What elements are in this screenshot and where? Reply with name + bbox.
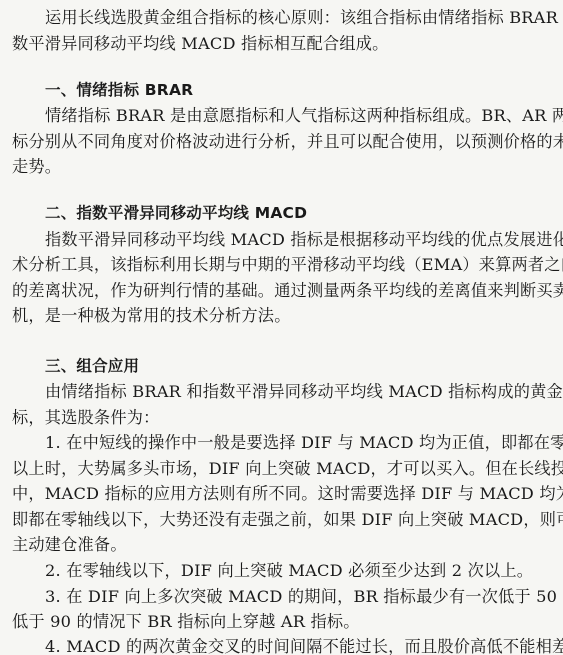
condition-2-line-1: 2. 在零轴线以下，DIF 向上突破 MACD 必须至少达到 2 次以上。: [45, 558, 533, 584]
condition-3-line-2: 低于 90 的情况下 BR 指标向上穿越 AR 指标。: [12, 609, 360, 635]
macd-paragraph-line-2: 术分析工具，该指标利用长期与中期的平滑移动平均线（EMA）来算两者之间: [12, 252, 553, 278]
intro-line-1: 运用长线选股黄金组合指标的核心原则：该组合指标由情绪指标 BRAR 和指: [45, 5, 553, 31]
brar-paragraph-line-3: 走势。: [12, 154, 61, 180]
combined-intro-line-2: 标，其选股条件为：: [12, 405, 160, 431]
condition-1-line-1: 1. 在中短线的操作中一般是要选择 DIF 与 MACD 均为正值，即都在零轴线: [45, 430, 553, 456]
macd-paragraph-line-1: 指数平滑异同移动平均线 MACD 指标是根据移动平均线的优点发展进化的技: [45, 227, 553, 253]
macd-paragraph-line-4: 机，是一种极为常用的技术分析方法。: [12, 303, 291, 329]
brar-paragraph-line-1: 情绪指标 BRAR 是由意愿指标和人气指标这两种指标组成。BR、AR 两项指: [45, 103, 553, 129]
combined-intro-line-1: 由情绪指标 BRAR 和指数平滑异同移动平均线 MACD 指标构成的黄金组合指: [45, 379, 553, 405]
condition-4-line-1: 4. MACD 的两次黄金交叉的时间间隔不能过长，而且股价高低不能相差过: [45, 634, 553, 655]
macd-paragraph-line-3: 的差离状况，作为研判行情的基础。通过测量两条平均线的差离值来判断买卖时: [12, 278, 553, 304]
condition-1-line-3: 中，MACD 指标的应用方法则有所不同。这时需要选择 DIF 与 MACD 均为…: [12, 481, 553, 507]
brar-paragraph-line-2: 标分别从不同角度对价格波动进行分析，并且可以配合使用，以预测价格的未来: [12, 129, 553, 155]
condition-3-line-1: 3. 在 DIF 向上多次突破 MACD 的期间，BR 指标最少有一次低于 50…: [45, 584, 553, 610]
section-heading-brar: 一、情绪指标 BRAR: [45, 77, 193, 103]
section-heading-combined: 三、组合应用: [45, 353, 139, 379]
condition-1-line-2: 以上时，大势属多头市场，DIF 向上突破 MACD，才可以买入。但在长线投资: [12, 456, 553, 482]
intro-line-2: 数平滑异同移动平均线 MACD 指标相互配合组成。: [12, 31, 388, 57]
section-heading-macd: 二、指数平滑异同移动平均线 MACD: [45, 200, 307, 226]
condition-1-line-5: 主动建仓准备。: [12, 532, 127, 558]
condition-1-line-4: 即都在零轴线以下，大势还没有走强之前，如果 DIF 向上突破 MACD，则可以做: [12, 507, 553, 533]
